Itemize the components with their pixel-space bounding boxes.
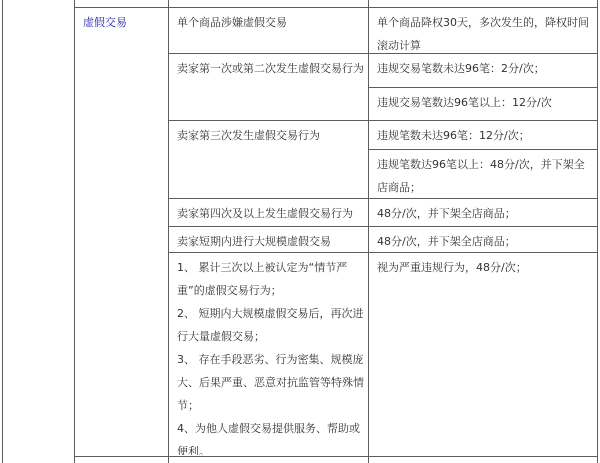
list-item: 1、 累计三次以上被认定为“情节严重”的虚假交易行为；	[177, 256, 365, 302]
violation-cell: 卖家第四次及以上发生虚假交易行为	[169, 199, 367, 225]
list-item: 4、为他人虚假交易提供服务、帮助或便利。	[177, 417, 365, 455]
table-grid-vline-outer-left	[2, 0, 3, 463]
penalty-cell: 违规交易笔数达96笔以上：12分/次	[369, 88, 597, 119]
violation-cell: 卖家第三次发生虚假交易行为	[169, 121, 367, 196]
violation-cell: 卖家第一次或第二次发生虚假交易行为	[169, 54, 367, 118]
violation-cell: 卖家短期内进行大规模虚假交易	[169, 227, 367, 251]
penalty-cell: 违规交易笔数未达96笔：2分/次；	[369, 54, 597, 86]
penalty-cell: 违规笔数达96笔以上：48分/次，并下架全店商品；	[369, 150, 597, 197]
violation-cell-numbered-list: 1、 累计三次以上被认定为“情节严重”的虚假交易行为； 2、 短期内大规模虚假交…	[169, 253, 367, 455]
table-grid-vline-outer-right	[597, 0, 598, 463]
table-grid-hline-bottom	[74, 456, 598, 457]
rules-table-page: 虚假交易 单个商品涉嫌虚假交易 卖家第一次或第二次发生虚假交易行为 卖家第三次发…	[0, 0, 600, 463]
penalty-cell: 单个商品降权30天，多次发生的，降权时间滚动计算	[369, 8, 597, 52]
table-grid-vline-col1-col2	[74, 0, 75, 463]
list-item: 3、 存在手段恶劣、行为密集、规模庞大、后果严重、恶意对抗监管等特殊情节；	[177, 348, 365, 417]
category-link[interactable]: 虚假交易	[75, 8, 167, 38]
penalty-cell: 视为严重违规行为，48分/次；	[369, 253, 597, 303]
list-item: 2、 短期内大规模虚假交易后，再次进行大量虚假交易；	[177, 302, 365, 348]
penalty-cell: 48分/次，并下架全店商品；	[369, 227, 597, 251]
violation-cell: 单个商品涉嫌虚假交易	[169, 8, 367, 52]
penalty-cell: 48分/次，并下架全店商品；	[369, 199, 597, 225]
penalty-cell: 违规笔数未达96笔：12分/次；	[369, 121, 597, 148]
